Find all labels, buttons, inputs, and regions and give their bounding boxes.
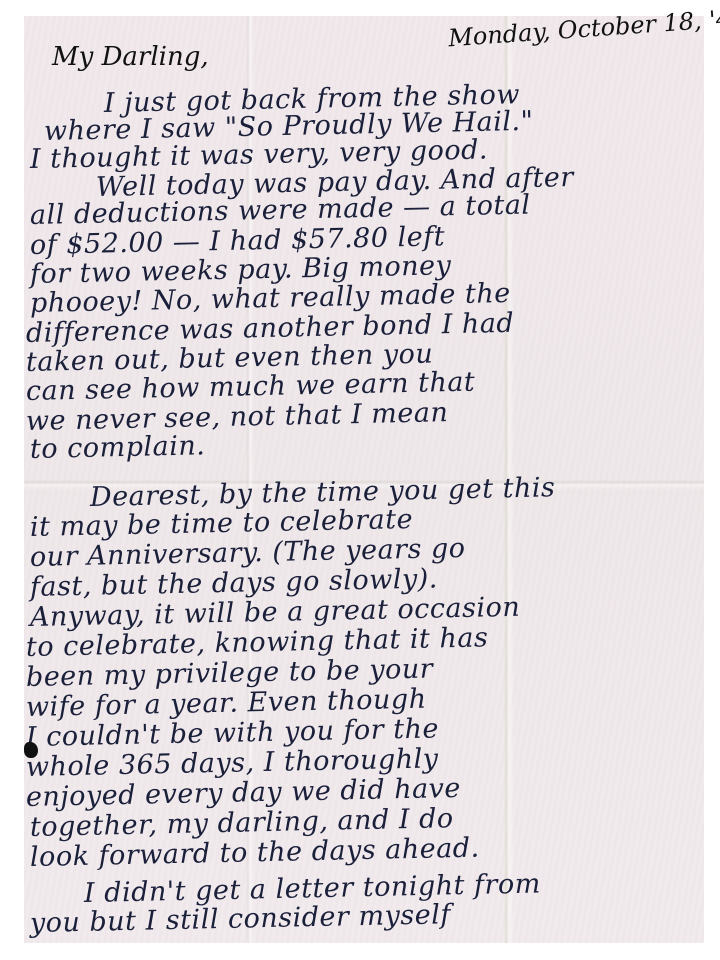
letter-date: Monday, October 18, '43 [447, 4, 720, 53]
ink-blot [24, 742, 38, 758]
letter-salutation: My Darling, [52, 42, 209, 72]
letter-line: to complain. [30, 430, 206, 465]
letter-page: Monday, October 18, '43 My Darling, I ju… [24, 16, 704, 943]
